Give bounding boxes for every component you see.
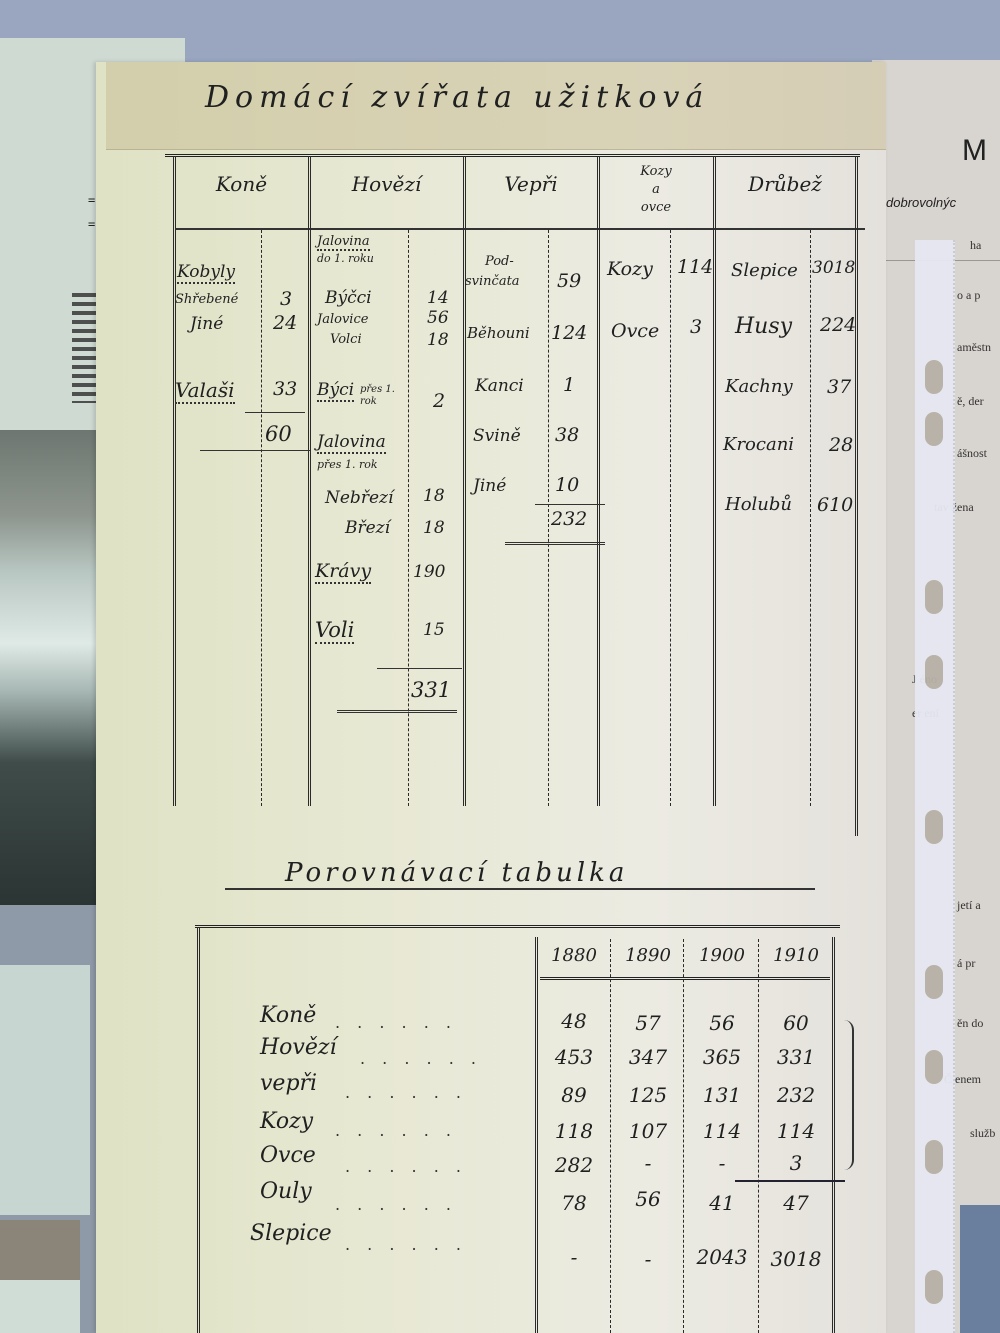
punch-hole-icon — [925, 965, 943, 999]
row-value: 2 — [433, 390, 445, 412]
table-cell: 232 — [760, 1083, 832, 1107]
column-header-drubez: Drůbež — [715, 172, 855, 196]
right-doc-line: o a p — [957, 288, 980, 303]
column-divider — [832, 937, 835, 1333]
column-header-vepri: Vepři — [465, 172, 597, 196]
row-value: 3018 — [812, 258, 855, 278]
total-value: 331 — [411, 678, 451, 702]
table-cell: 56 — [612, 1187, 684, 1211]
column-header-kozy: Kozy — [599, 164, 713, 179]
row-value: 15 — [423, 620, 445, 640]
leader-dots: . . . . . . — [345, 1235, 467, 1254]
row-label: Býčci — [325, 288, 372, 308]
column-header-ovce: ovce — [599, 200, 713, 215]
row-label: Jiné — [473, 476, 506, 496]
column-header-a: a — [599, 182, 713, 197]
right-doc-line: jetí a — [957, 898, 981, 913]
row-label: Býci — [317, 380, 354, 402]
column-divider — [758, 939, 759, 1333]
right-doc-line: služb — [970, 1126, 995, 1141]
row-label: Svině — [473, 426, 521, 446]
table-cell: 3 — [760, 1151, 832, 1175]
right-doc-line: ě, der — [957, 394, 984, 409]
punch-hole-icon — [925, 412, 943, 446]
plastic-sleeve-binding-strip — [915, 240, 955, 1333]
year-header-divider — [540, 977, 830, 980]
group-label: Jalovina — [317, 234, 370, 251]
section-title-underline — [225, 888, 815, 890]
right-blue-region — [960, 1205, 1000, 1333]
row-value: 14 — [427, 288, 449, 308]
table-cell: 114 — [760, 1119, 832, 1143]
punch-hole-icon — [925, 810, 943, 844]
row-label-ouly: Ouly — [260, 1179, 312, 1204]
pencil-brace-mark — [842, 1020, 854, 1170]
row-label: Husy — [735, 314, 792, 339]
row-label: Kachny — [725, 376, 793, 397]
punch-hole-icon — [925, 580, 943, 614]
table-cell: 118 — [538, 1119, 610, 1143]
row-value: 224 — [820, 314, 856, 336]
sum-line — [535, 504, 605, 505]
row-label: Běhouni — [467, 324, 530, 342]
row-value: 59 — [557, 270, 581, 292]
row-label: Voli — [315, 618, 354, 644]
year-header: 1890 — [612, 945, 684, 966]
row-label-slepice: Slepice — [250, 1221, 332, 1246]
row-label: Kozy — [607, 258, 653, 280]
column-divider — [597, 156, 600, 806]
row-label: Krávy — [315, 560, 371, 584]
sum-line — [200, 450, 310, 451]
table-cell: 47 — [760, 1191, 832, 1215]
sum-line — [735, 1180, 845, 1182]
table-cell: 331 — [760, 1045, 832, 1069]
left-bottom-card — [0, 1280, 80, 1333]
subcolumn-divider — [670, 230, 671, 806]
table-cell: 114 — [686, 1119, 758, 1143]
row-label: Březí — [345, 518, 390, 538]
row-label: Nebřezí — [325, 488, 393, 508]
row-value: 18 — [423, 518, 445, 538]
row-value: 18 — [423, 486, 445, 506]
table-cell: 3018 — [760, 1247, 832, 1271]
row-label: svinčata — [465, 274, 520, 289]
table-cell: 365 — [686, 1045, 758, 1069]
table-cell: 60 — [760, 1011, 832, 1035]
table-cell: - — [612, 1247, 684, 1271]
group-label-kobyly: Kobyly — [177, 262, 235, 284]
punch-hole-icon — [925, 655, 943, 689]
right-doc-line: aměstn — [957, 340, 991, 355]
row-label: Pod- — [485, 254, 514, 269]
group-sublabel: do 1. roku — [317, 252, 374, 265]
subcolumn-divider — [548, 230, 549, 806]
row-value: 124 — [551, 322, 587, 344]
left-card-ticks: = = — [88, 188, 95, 236]
subcolumn-divider — [261, 230, 262, 806]
table-cell: 107 — [612, 1119, 684, 1143]
row-label-hovezi: Hovězí — [260, 1035, 337, 1060]
right-doc-line: ášnost — [957, 446, 987, 461]
table-top-border — [195, 925, 840, 928]
row-label: Shřebené — [175, 292, 238, 307]
table-top-border — [165, 154, 860, 157]
punch-hole-icon — [925, 1050, 943, 1084]
row-label: Kanci — [475, 376, 524, 396]
right-doc-heading: M — [962, 134, 987, 168]
table-header-divider — [175, 228, 865, 230]
subcolumn-divider — [408, 230, 409, 806]
right-doc-fragment-ha: ha — [970, 238, 981, 253]
table-cell: - — [612, 1151, 684, 1175]
row-value: 190 — [413, 562, 445, 582]
leader-dots: . . . . . . — [360, 1049, 482, 1068]
comparison-table: 1880 1890 1900 1910 Koně . . . . . . 48 … — [195, 925, 845, 1333]
sum-line — [337, 710, 457, 713]
row-label-vepri: vepři — [260, 1071, 317, 1096]
row-label-ovce: Ovce — [260, 1143, 316, 1168]
row-label: Holubů — [725, 494, 792, 515]
right-doc-subtitle: dobrovolnýc — [886, 195, 956, 210]
right-doc-line: ěn do — [957, 1016, 983, 1031]
table-cell: 125 — [612, 1083, 684, 1107]
table-cell: 453 — [538, 1045, 610, 1069]
punch-hole-icon — [925, 1140, 943, 1174]
leader-dots: . . . . . . — [335, 1195, 457, 1214]
punch-hole-icon — [925, 1270, 943, 1304]
right-doc-line: á pr — [957, 956, 975, 971]
row-value: 18 — [427, 330, 449, 350]
total-value: 232 — [551, 508, 587, 530]
table-cell: 41 — [686, 1191, 758, 1215]
table-cell: - — [538, 1245, 610, 1269]
group-label: Jalovina — [317, 432, 386, 454]
table-cell: 131 — [686, 1083, 758, 1107]
row-label: Krocani — [723, 434, 794, 455]
sum-line — [245, 412, 305, 413]
row-value: 114 — [677, 256, 713, 278]
row-value: 3 — [690, 316, 702, 338]
sum-line — [505, 542, 605, 545]
row-label: Volci — [330, 332, 362, 347]
table-cell: 56 — [686, 1011, 758, 1035]
row-value: 28 — [829, 434, 853, 456]
column-divider — [308, 156, 311, 806]
column-header-hovezi: Hovězí — [310, 172, 463, 196]
table-cell: 347 — [612, 1045, 684, 1069]
row-label-kone: Koně — [260, 1003, 316, 1028]
punch-hole-icon — [925, 360, 943, 394]
section-title-comparison: Porovnávací tabulka — [285, 858, 628, 888]
year-header: 1880 — [538, 945, 610, 966]
left-brown-board — [0, 1220, 80, 1280]
row-label: Slepice — [731, 260, 798, 281]
leader-dots: . . . . . . — [345, 1083, 467, 1102]
column-divider — [855, 156, 858, 836]
column-divider — [463, 156, 466, 806]
row-label: Jiné — [190, 314, 223, 334]
row-label-valasi: Valaši — [175, 378, 235, 404]
subcolumn-divider — [810, 230, 811, 806]
row-sublabel: přes 1. rok — [360, 384, 408, 408]
row-value: 610 — [817, 494, 853, 516]
row-label: Jalovice — [317, 312, 368, 327]
column-divider — [197, 927, 200, 1333]
row-value: 38 — [555, 424, 579, 446]
table-cell: 57 — [612, 1011, 684, 1035]
column-divider — [610, 939, 611, 1333]
row-label-kozy: Kozy — [260, 1109, 313, 1134]
left-photograph — [0, 430, 110, 905]
table-cell: 2043 — [686, 1245, 758, 1269]
total-value: 60 — [265, 422, 292, 446]
table-cell: 48 — [538, 1009, 610, 1033]
table-cell: 282 — [538, 1153, 610, 1177]
left-lower-card — [0, 965, 90, 1215]
row-value: 56 — [427, 308, 449, 328]
page-title: Domácí zvířata užitková — [205, 80, 709, 115]
sum-line — [377, 668, 462, 669]
column-divider — [173, 156, 176, 806]
livestock-table: Koně Hovězí Vepři Kozy a ovce Drůbež Kob… — [165, 150, 865, 830]
leader-dots: . . . . . . — [335, 1013, 457, 1032]
year-header: 1900 — [686, 945, 758, 966]
table-cell: 89 — [538, 1083, 610, 1107]
column-header-kone: Koně — [175, 172, 308, 196]
row-value: 10 — [555, 474, 579, 496]
row-label: Ovce — [611, 320, 659, 342]
row-value: 24 — [273, 312, 297, 334]
row-value: 37 — [827, 376, 851, 398]
row-value: 1 — [563, 374, 575, 396]
table-cell: 78 — [538, 1191, 610, 1215]
year-header: 1910 — [760, 945, 832, 966]
group-sublabel: přes 1. rok — [317, 458, 378, 471]
row-value: 3 — [280, 288, 292, 310]
leader-dots: . . . . . . — [345, 1157, 467, 1176]
table-cell: - — [686, 1151, 758, 1175]
column-divider — [713, 156, 716, 806]
leader-dots: . . . . . . — [335, 1121, 457, 1140]
row-value: 33 — [273, 378, 297, 400]
